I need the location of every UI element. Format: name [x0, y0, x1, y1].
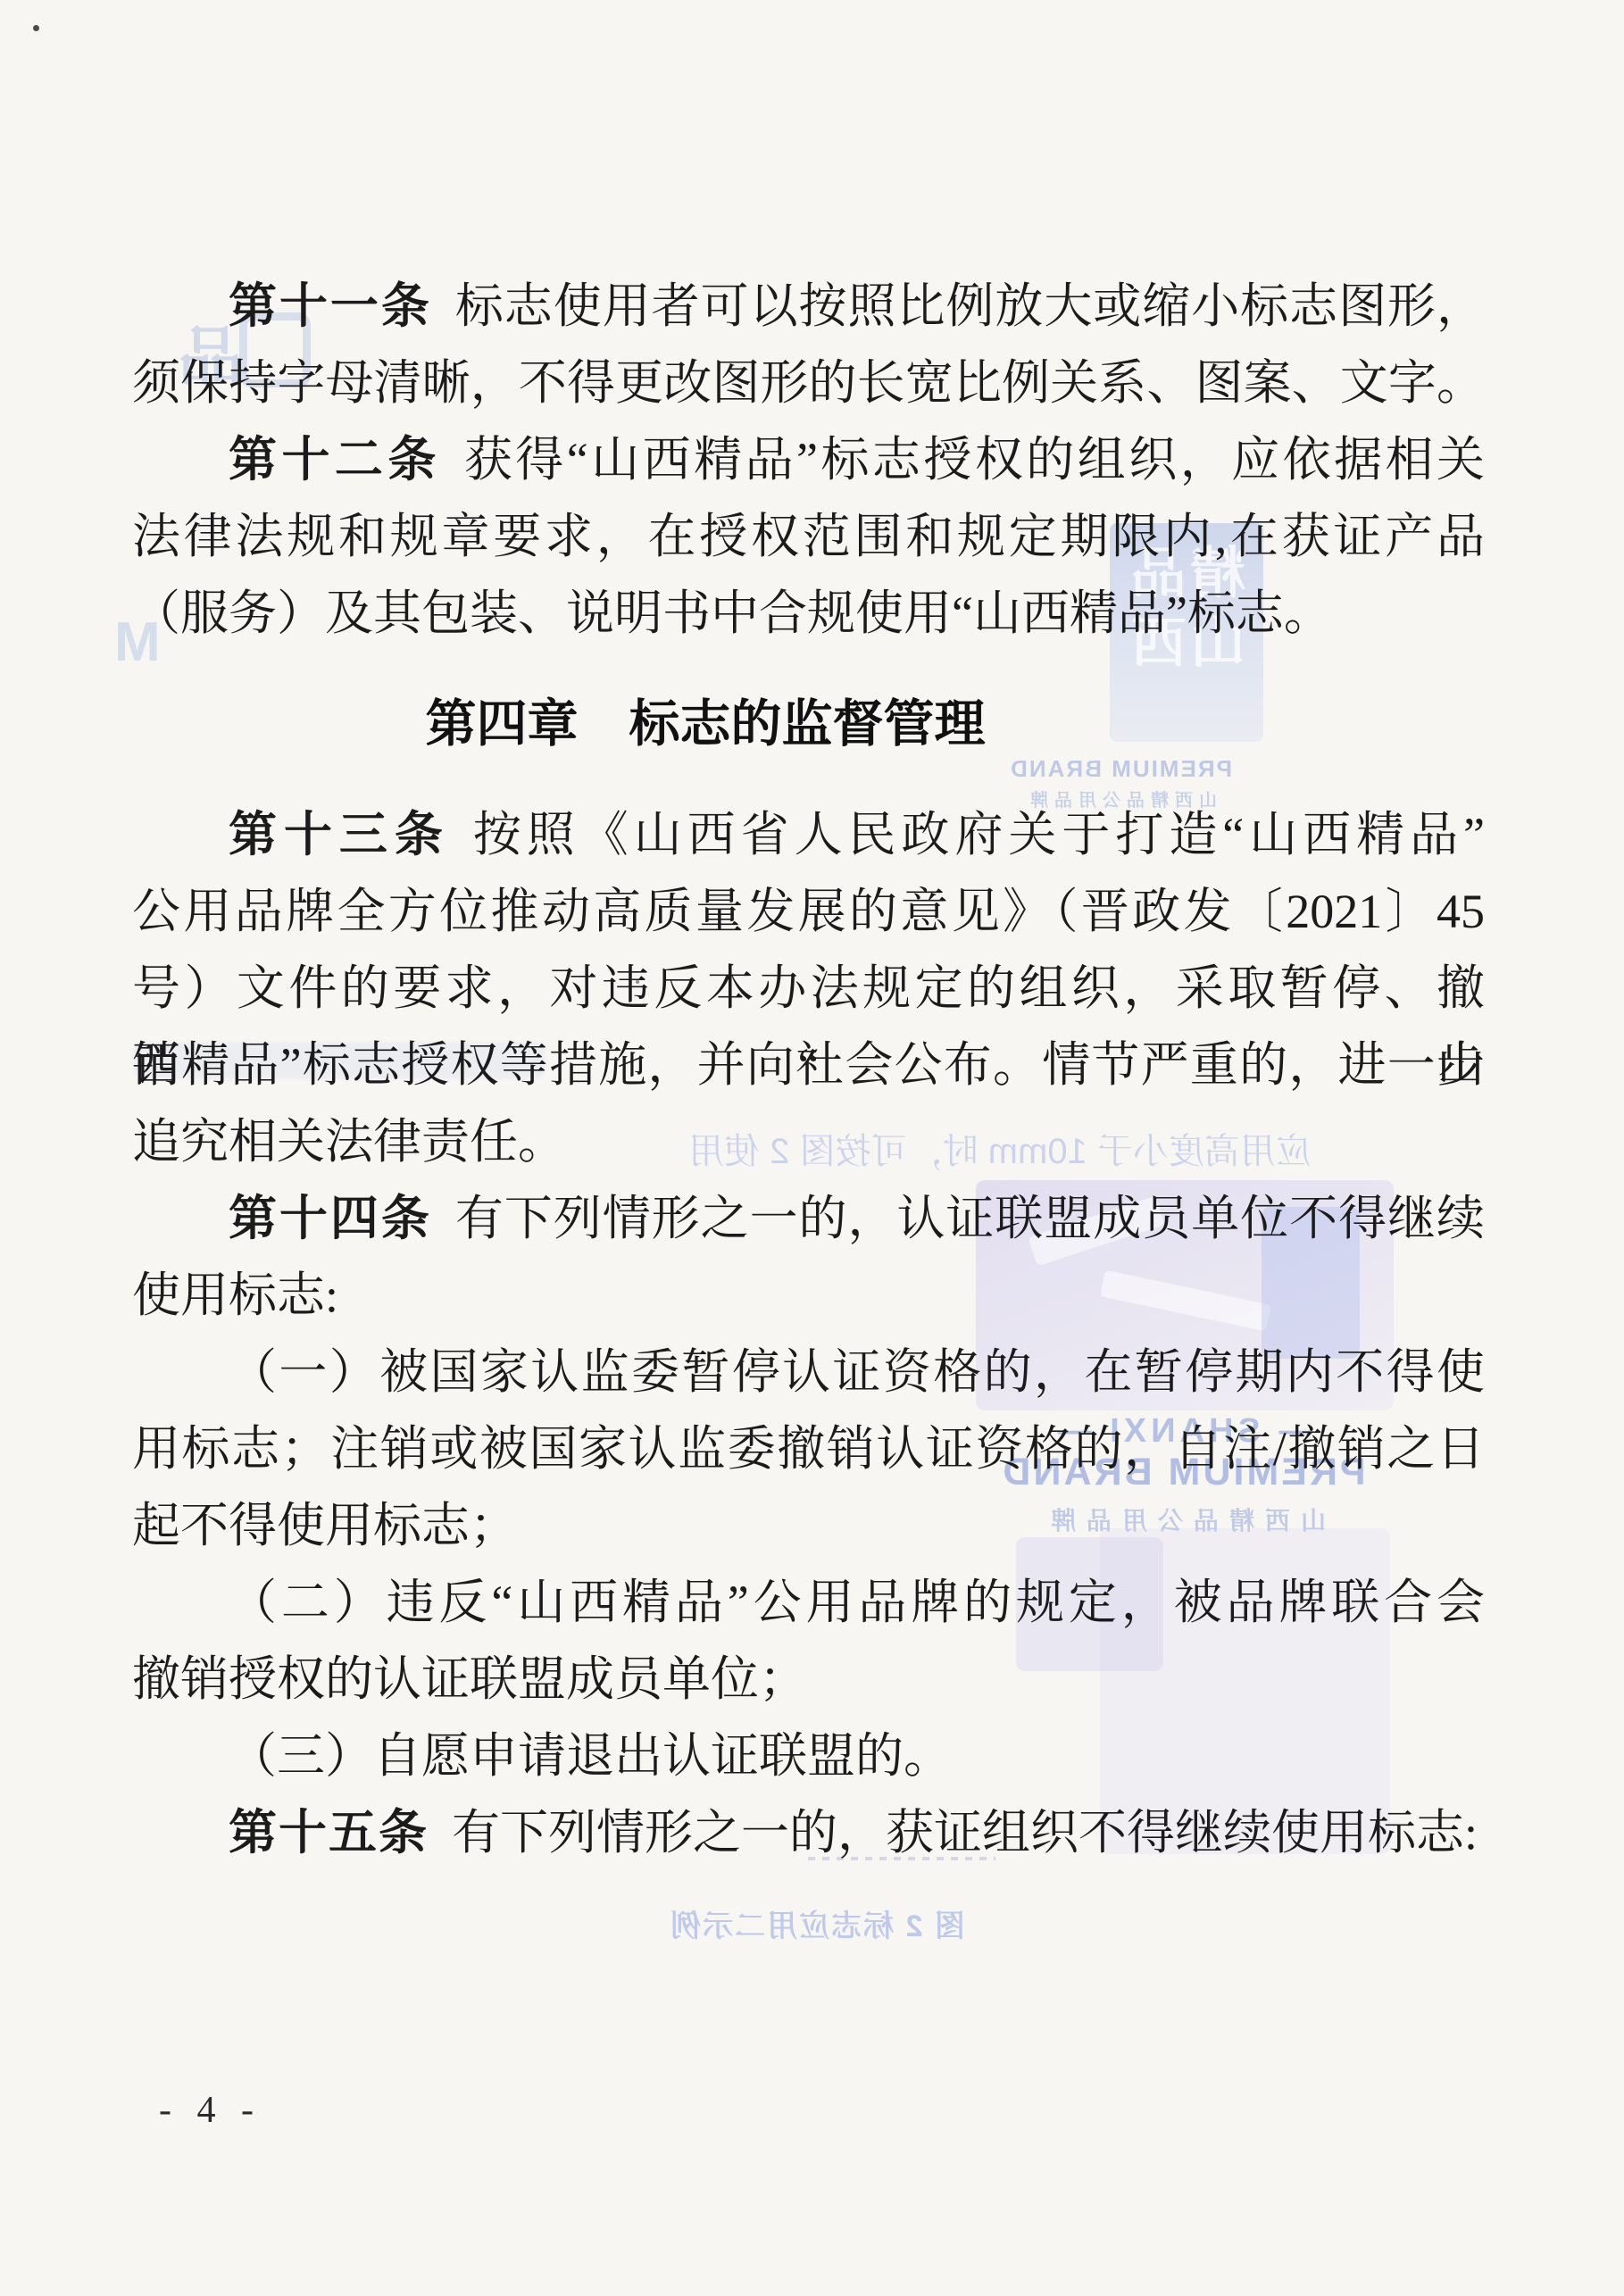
article-lead: 第十一条	[229, 279, 432, 333]
text-line: 须保持字母清晰，不得更改图形的长宽比例关系、图案、文字。	[132, 345, 1485, 421]
line-text: 标志使用者可以按照比例放大或缩小标志图形，	[455, 279, 1485, 333]
text-line: （服务）及其包装、说明书中合规使用“山西精品”标志。	[132, 575, 1485, 652]
line-text: 起不得使用标志；	[132, 1499, 518, 1552]
article-lead: 第十二条	[229, 433, 441, 487]
line-text: （三）自愿申请退出认证联盟的。	[229, 1729, 952, 1783]
page-number: - 4 -	[159, 2089, 262, 2132]
line-text: 有下列情形之一的，获证组织不得继续使用标志:	[452, 1806, 1478, 1859]
line-text: 按照《山西省人民政府关于打造“山西精品”	[473, 808, 1485, 861]
line-text: 获得“山西精品”标志授权的组织，应依据相关	[464, 433, 1485, 487]
text-line: 用标志；注销或被国家认监委撤销认证资格的，自注/撤销之日	[132, 1410, 1485, 1487]
article-lead: 第十四条	[229, 1192, 432, 1245]
text-line: 使用标志:	[132, 1257, 1485, 1334]
text-line: 第十四条有下列情形之一的，认证联盟成员单位不得继续	[132, 1180, 1485, 1257]
line-text: （一）被国家认监委暂停认证资格的，在暂停期内不得使	[229, 1345, 1485, 1399]
text-line: （一）被国家认监委暂停认证资格的，在暂停期内不得使	[132, 1334, 1485, 1410]
line-text: 有下列情形之一的，认证联盟成员单位不得继续	[455, 1192, 1485, 1245]
text-line: 第十三条按照《山西省人民政府关于打造“山西精品”	[132, 796, 1485, 873]
article-lead: 第十五条	[229, 1806, 429, 1859]
line-text: 西精品”标志授权等措施，并向社会公布。情节严重的，进一步	[132, 1038, 1485, 1092]
scanned-page: 品 M 精品 山西 PREMIUM BRAND 山西精品公用品牌 应用高度小于 …	[0, 0, 1624, 2296]
text-line: （三）自愿申请退出认证联盟的。	[132, 1718, 1485, 1794]
text-line: 追究相关法律责任。	[132, 1103, 1485, 1180]
text-line: 法律法规和规章要求，在授权范围和规定期限内,在获证产品	[132, 498, 1485, 575]
text-line: （二）违反“山西精品”公用品牌的规定，被品牌联合会	[132, 1564, 1485, 1641]
line-text: 用标志；注销或被国家认监委撤销认证资格的，自注/撤销之日	[132, 1422, 1485, 1476]
line-text: （服务）及其包装、说明书中合规使用“山西精品”标志。	[132, 586, 1332, 640]
line-text: 公用品牌全方位推动高质量发展的意见》（晋政发〔2021〕45	[132, 885, 1485, 938]
text-line: 第十一条标志使用者可以按照比例放大或缩小标志图形，	[132, 268, 1485, 345]
text-line: 起不得使用标志；	[132, 1487, 1485, 1564]
text-line: 号）文件的要求，对违反本办法规定的组织，采取暂停、撤销“山	[132, 950, 1485, 1027]
line-text: 须保持字母清晰，不得更改图形的长宽比例关系、图案、文字。	[132, 356, 1485, 410]
text-line: 第十五条有下列情形之一的，获证组织不得继续使用标志:	[132, 1794, 1485, 1871]
bleedthrough-figure-caption: 图 2 标志应用二示例	[656, 1901, 978, 1945]
line-text: 使用标志:	[132, 1269, 338, 1322]
text-line: 第十二条获得“山西精品”标志授权的组织，应依据相关	[132, 421, 1485, 498]
text-line: 公用品牌全方位推动高质量发展的意见》（晋政发〔2021〕45	[132, 873, 1485, 950]
ink-speck	[33, 25, 39, 31]
line-text: 追究相关法律责任。	[132, 1115, 566, 1169]
text-line: 撤销授权的认证联盟成员单位；	[132, 1641, 1485, 1718]
ink-speck	[636, 980, 639, 984]
line-text: 撤销授权的认证联盟成员单位；	[132, 1652, 807, 1706]
line-text: （二）违反“山西精品”公用品牌的规定，被品牌联合会	[229, 1576, 1485, 1629]
chapter-heading: 第四章 标志的监督管理	[132, 686, 1278, 762]
text-line: 西精品”标志授权等措施，并向社会公布。情节严重的，进一步	[132, 1027, 1485, 1103]
document-text: 第十一条标志使用者可以按照比例放大或缩小标志图形，须保持字母清晰，不得更改图形的…	[132, 268, 1485, 1871]
article-lead: 第十三条	[229, 808, 450, 861]
line-text: 法律法规和规章要求，在授权范围和规定期限内,在获证产品	[132, 510, 1485, 563]
